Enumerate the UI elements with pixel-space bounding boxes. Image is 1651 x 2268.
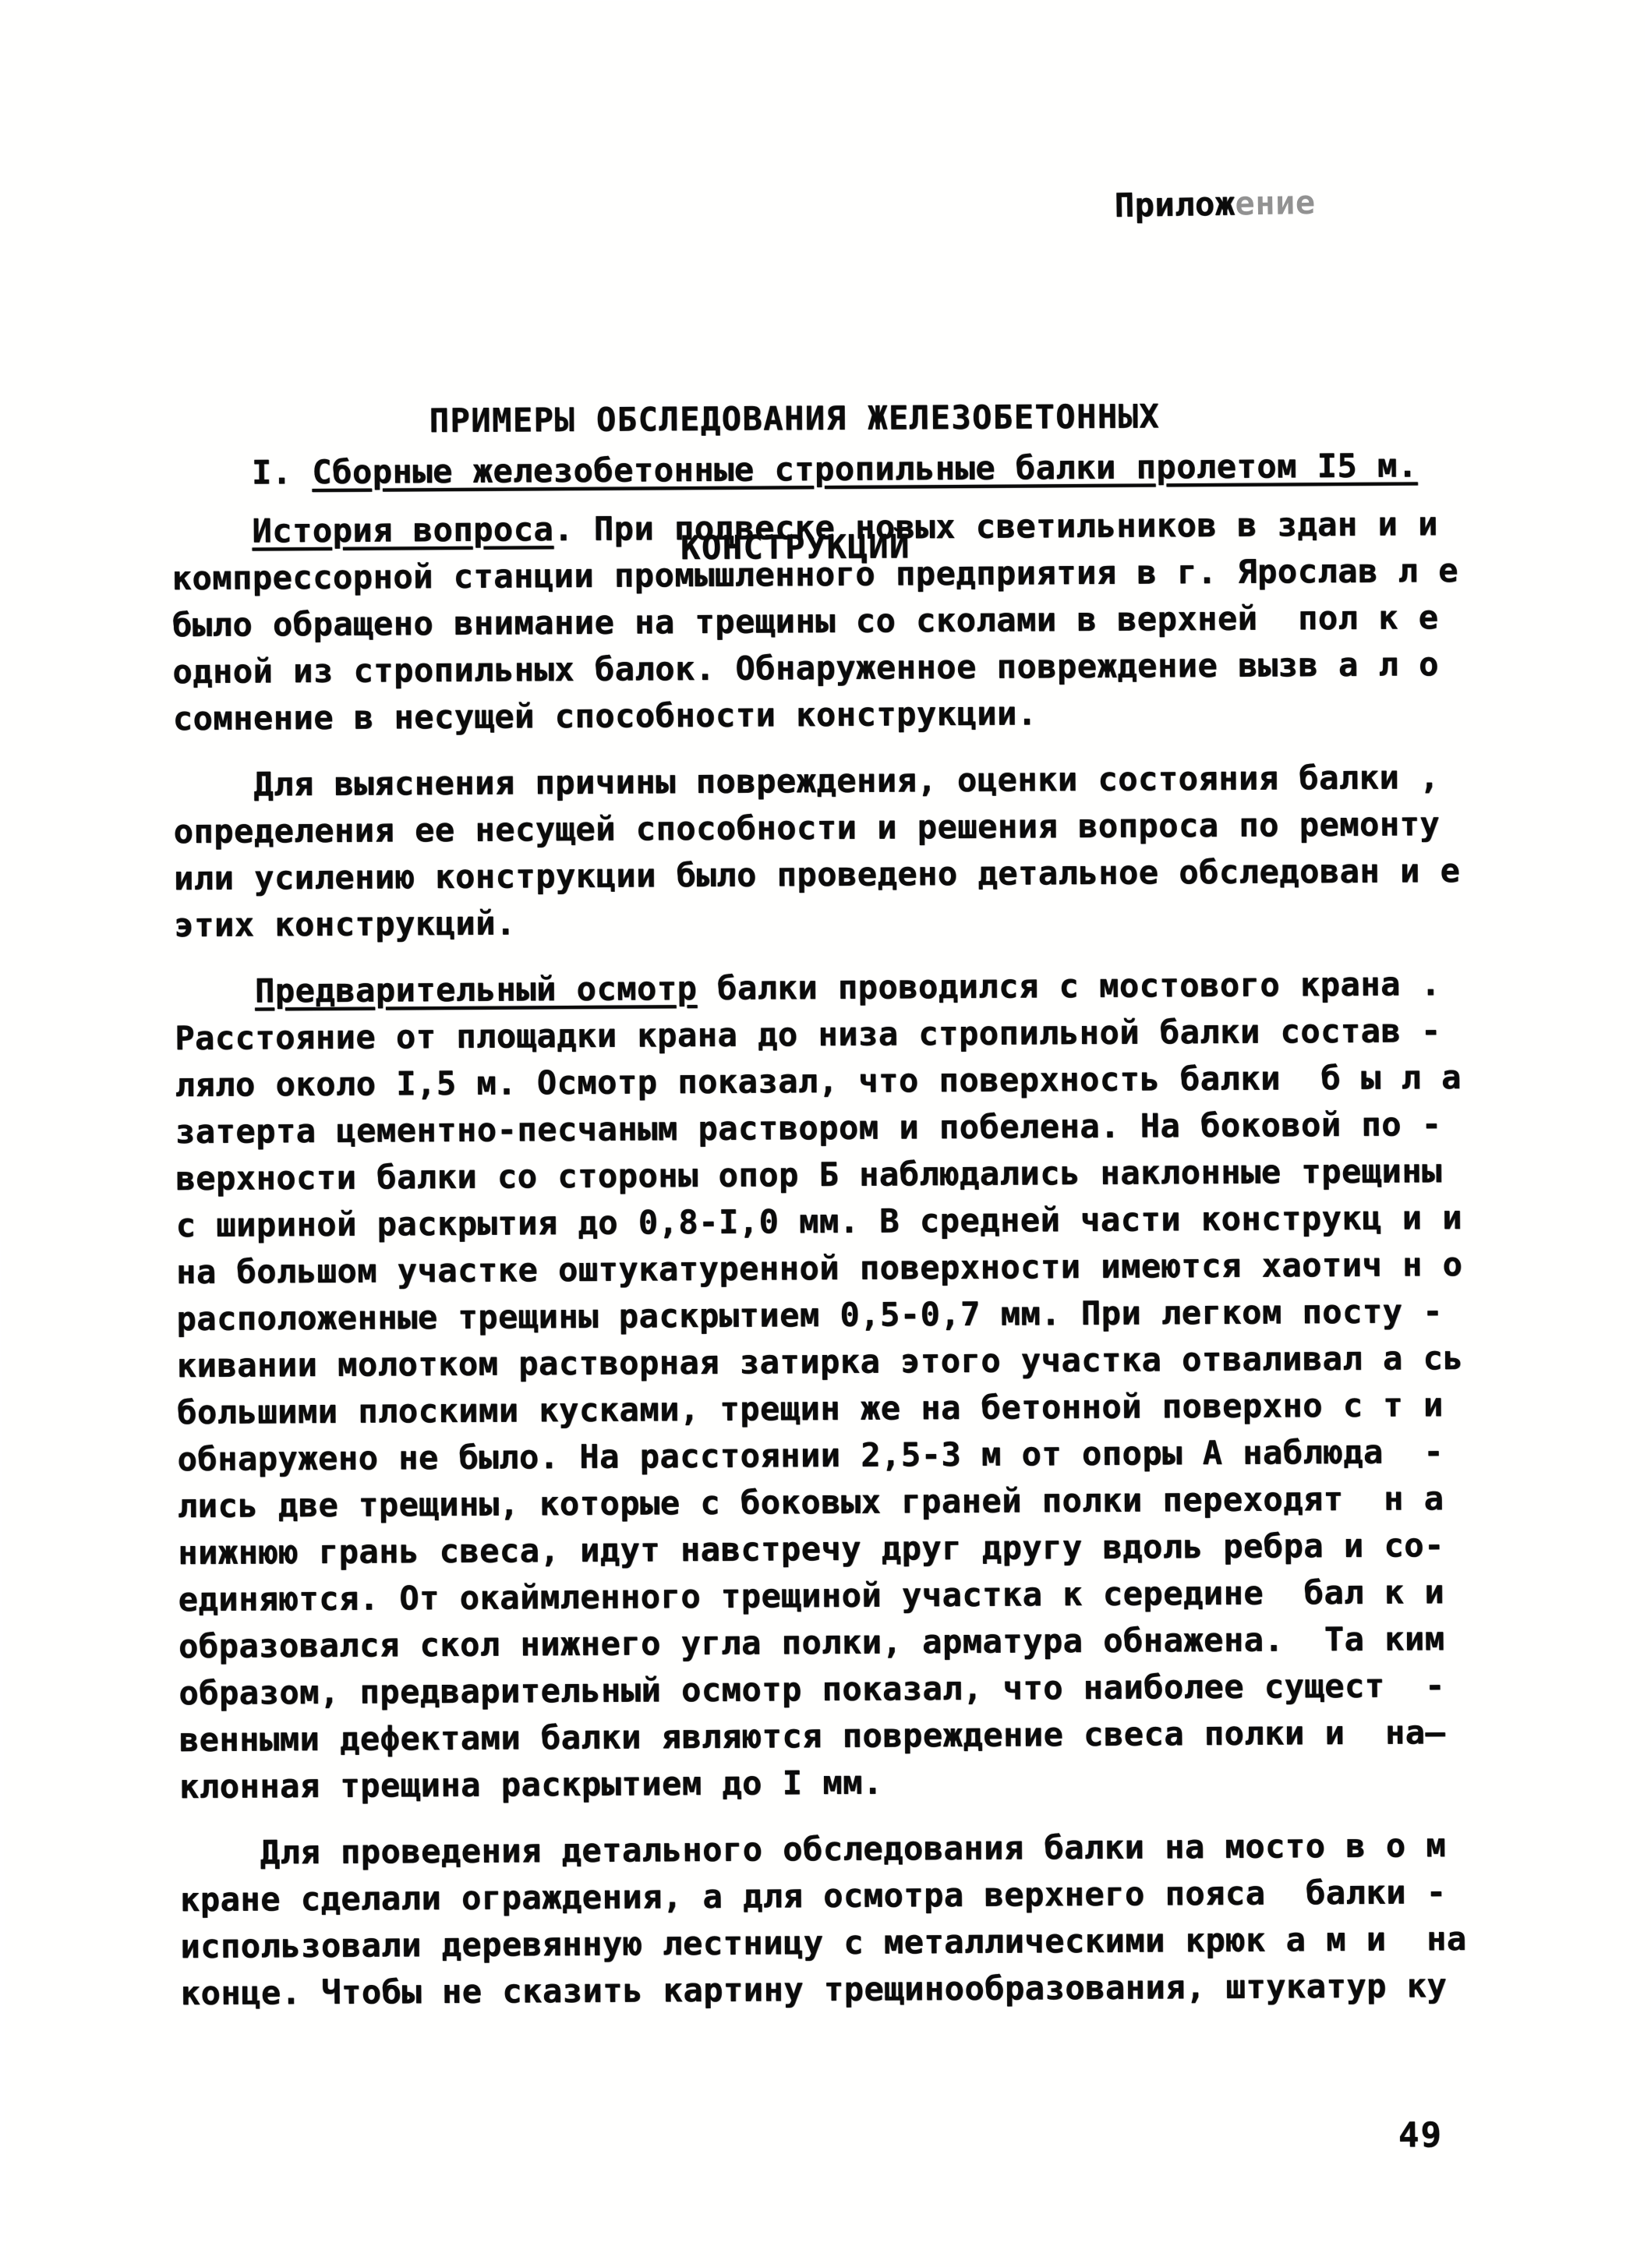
underlined-text: Предварительный осмотр [255, 969, 698, 1010]
underlined-text: История вопроса [252, 510, 553, 550]
text-line: кране сделали ограждения, а для осмотра … [180, 1869, 1458, 1923]
text-segment [175, 971, 255, 1010]
text-line: кивании молотком растворная затирка этог… [177, 1335, 1455, 1389]
text-segment: сомнение в несущей способности конструкц… [173, 694, 1038, 738]
text-line: История вопроса. При подвеске новых свет… [171, 501, 1450, 555]
text-line: лись две трещины, которые с боковых гран… [178, 1475, 1456, 1530]
paragraph: Для проведения детального обследования б… [179, 1822, 1458, 2017]
section-heading-text: Сборные железобетонные стропильные балки… [312, 446, 1418, 491]
text-segment: использовали деревянную лестницу с метал… [180, 1919, 1467, 1965]
text-segment: образовался скол нижнего угла полки, арм… [179, 1619, 1445, 1665]
text-line: венными дефектами балки являются поврежд… [179, 1709, 1458, 1764]
text-line: компрессорной станции промышленного пред… [171, 547, 1450, 602]
text-line: было обращено внимание на трещины со ско… [172, 594, 1451, 649]
text-line: расположенные трещины раскрытием 0,5-0,7… [176, 1288, 1455, 1343]
text-segment: единяются. От окаймленного трещиной учас… [178, 1573, 1444, 1619]
document-title-line1: ПРИМЕРЫ ОБСЛЕДОВАНИЯ ЖЕЛЕЗОБЕТОННЫХ [171, 393, 1418, 444]
section-heading-number: I. [171, 453, 313, 492]
text-segment: лись две трещины, которые с боковых гран… [178, 1479, 1444, 1525]
text-segment: балки проводился с мостового крана . [697, 964, 1441, 1007]
text-segment: конце. Чтобы не сказить картину трещиноо… [181, 1966, 1448, 2012]
text-line: сомнение в несущей способности конструкц… [173, 688, 1451, 742]
text-line: Для выяснения причины повреждения, оценк… [173, 754, 1451, 808]
text-segment: было обращено внимание на трещины со ско… [172, 598, 1439, 644]
text-segment: Для выяснения причины повреждения, оценк… [173, 758, 1440, 804]
text-segment: кране сделали ограждения, а для осмотра … [180, 1873, 1447, 1919]
text-line: этих конструкций. [174, 894, 1452, 949]
text-segment: или усилению конструкции было проведено … [174, 851, 1461, 897]
text-line: конце. Чтобы не сказить картину трещиноо… [181, 1962, 1459, 2017]
text-segment: . При подвеске новых светильников в здан… [553, 504, 1438, 548]
paragraph: Для выяснения причины повреждения, оценк… [173, 754, 1452, 949]
text-segment: компрессорной станции промышленного пред… [171, 551, 1458, 597]
text-line: образовался скол нижнего угла полки, арм… [179, 1615, 1457, 1670]
text-line: с шириной раскрытия до 0,8-I,0 мм. В сре… [176, 1194, 1455, 1249]
appendix-label-solid: Прилож [1114, 185, 1235, 225]
text-segment: на большом участке оштукатуренной поверх… [176, 1245, 1463, 1291]
text-segment: этих конструкций. [174, 904, 516, 944]
text-segment: одной из стропильных балок. Обнаруженное… [172, 645, 1439, 691]
text-line: обнаружено не было. На расстоянии 2,5-3 … [177, 1428, 1455, 1483]
text-segment: обнаружено не было. На расстоянии 2,5-3 … [177, 1432, 1444, 1478]
text-line: верхности балки со стороны опор Б наблюд… [175, 1148, 1454, 1202]
text-segment: большими плоскими кусками, трещин же на … [177, 1385, 1444, 1431]
text-segment: нижнюю грань свеса, идут навстречу друг … [178, 1526, 1444, 1572]
text-line: затерта цементно-песчаным раствором и по… [175, 1101, 1454, 1155]
text-segment: расположенные трещины раскрытием 0,5-0,7… [176, 1292, 1443, 1338]
text-segment: затерта цементно-песчаным раствором и по… [175, 1105, 1442, 1151]
text-segment [171, 511, 252, 550]
text-line: использовали деревянную лестницу с метал… [180, 1916, 1458, 1970]
text-segment: ляло около I,5 м. Осмотр показал, что по… [175, 1058, 1462, 1104]
text-segment: образом, предварительный осмотр показал,… [179, 1666, 1445, 1712]
text-line: одной из стропильных балок. Обнаруженное… [172, 641, 1451, 695]
text-line: большими плоскими кусками, трещин же на … [177, 1382, 1455, 1436]
document-page: Приложение ПРИМЕРЫ ОБСЛЕДОВАНИЯ ЖЕЛЕЗОБЕ… [0, 0, 1651, 2268]
appendix-label: Приложение [1114, 183, 1316, 225]
text-line: Расстояние от площадки крана до низа стр… [175, 1007, 1453, 1062]
text-line: на большом участке оштукатуренной поверх… [176, 1241, 1455, 1296]
text-line: единяются. От окаймленного трещиной учас… [178, 1569, 1456, 1623]
text-segment: клонная трещина раскрытием до I мм. [179, 1764, 883, 1806]
text-line: образом, предварительный осмотр показал,… [179, 1662, 1457, 1717]
text-line: клонная трещина раскрытием до I мм. [179, 1756, 1458, 1810]
document-body: История вопроса. При подвеске новых свет… [171, 501, 1459, 2017]
text-segment: кивании молотком растворная затирка этог… [177, 1339, 1464, 1385]
text-segment: определения ее несущей способности и реш… [173, 805, 1440, 851]
text-line: Предварительный осмотр балки проводился … [175, 961, 1453, 1015]
text-line: нижнюю грань свеса, идут навстречу друг … [178, 1522, 1456, 1576]
text-line: определения ее несущей способности и реш… [173, 801, 1451, 855]
text-segment: с шириной раскрытия до 0,8-I,0 мм. В сре… [176, 1198, 1463, 1244]
paragraph: Предварительный осмотр балки проводился … [175, 961, 1458, 1810]
text-line: ляло около I,5 м. Осмотр показал, что по… [175, 1054, 1453, 1109]
page-number: 49 [1398, 2115, 1443, 2155]
text-segment: венными дефектами балки являются поврежд… [179, 1713, 1446, 1759]
text-segment: Расстояние от площадки крана до низа стр… [175, 1011, 1441, 1057]
text-line: Для проведения детального обследования б… [179, 1822, 1458, 1877]
text-segment: Для проведения детального обследования б… [179, 1826, 1446, 1872]
paragraph: История вопроса. При подвеске новых свет… [171, 501, 1451, 742]
section-heading: I. Сборные железобетонные стропильные ба… [171, 442, 1418, 497]
text-segment: верхности балки со стороны опор Б наблюд… [175, 1152, 1442, 1198]
appendix-label-faded: ение [1235, 183, 1316, 223]
text-line: или усилению конструкции было проведено … [174, 847, 1452, 902]
